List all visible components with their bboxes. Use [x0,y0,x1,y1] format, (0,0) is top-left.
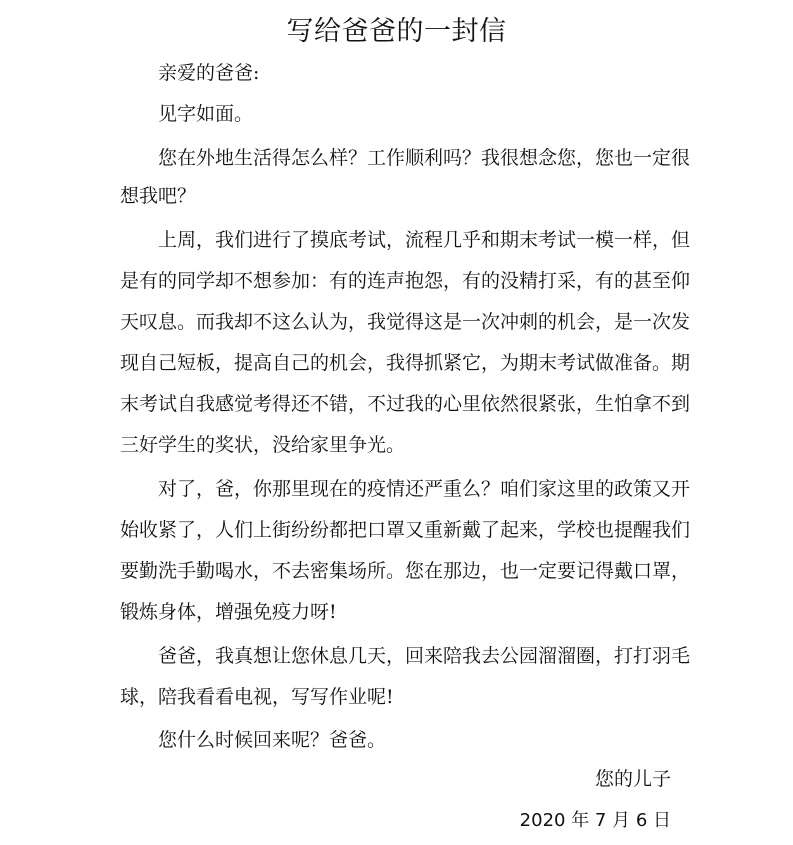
paragraph-6-line-1: 您什么时候回来呢？爸爸。 [158,727,386,753]
paragraph-5-line-2: 球，陪我看看电视，写写作业呢! [120,684,394,710]
paragraph-4-line-4: 锻炼身体，增强免疫力呀! [120,599,337,625]
paragraph-4-line-3: 要勤洗手勤喝水，不去密集场所。您在那边，也一定要记得戴口罩， [120,558,690,584]
paragraph-3-line-2: 是有的同学却不想参加：有的连声抱怨，有的没精打采，有的甚至仰 [120,268,690,294]
letter-date: 2020 年 7 月 6 日 [520,808,671,834]
paragraph-2-line-2: 想我吧？ [120,183,196,209]
paragraph-3-line-1: 上周，我们进行了摸底考试，流程几乎和期末考试一模一样，但 [158,227,690,253]
paragraph-3-line-5: 末考试自我感觉考得还不错，不过我的心里依然很紧张，生怕拿不到 [120,391,690,417]
paragraph-3-line-3: 天叹息。而我却不这么认为，我觉得这是一次冲刺的机会，是一次发 [120,309,690,335]
paragraph-5-line-1: 爸爸，我真想让您休息几天，回来陪我去公园溜溜圈，打打羽毛 [158,643,690,669]
signature: 您的儿子 [595,766,671,792]
paragraph-2-line-1: 您在外地生活得怎么样？工作顺利吗？我很想念您，您也一定很 [158,145,690,171]
salutation: 亲爱的爸爸: [158,60,259,86]
paragraph-1-line-1: 见字如面。 [158,101,253,127]
paragraph-4-line-2: 始收紧了，人们上街纷纷都把口罩又重新戴了起来，学校也提醒我们 [120,517,690,543]
paragraph-3-line-4: 现自己短板，提高自己的机会，我得抓紧它，为期末考试做准备。期 [120,350,690,376]
letter-page: 写给爸爸的一封信 亲爱的爸爸: 见字如面。 您在外地生活得怎么样？工作顺利吗？我… [0,0,793,845]
letter-title: 写给爸爸的一封信 [0,12,793,52]
paragraph-3-line-6: 三好学生的奖状，没给家里争光。 [120,432,405,458]
paragraph-4-line-1: 对了，爸，你那里现在的疫情还严重么？咱们家这里的政策又开 [158,476,690,502]
